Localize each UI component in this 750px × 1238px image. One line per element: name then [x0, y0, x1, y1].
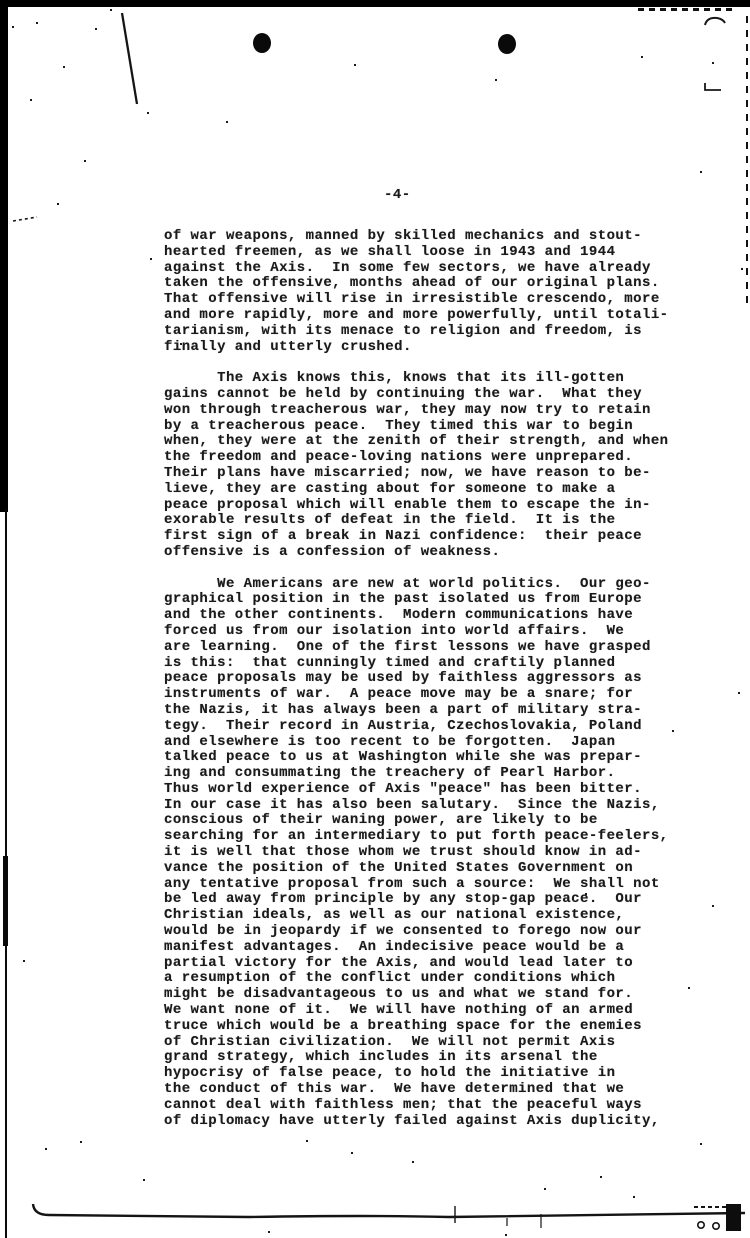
paragraph-war-production: of war weapons, manned by skilled mechan… — [164, 229, 679, 355]
page-number: -4- — [384, 187, 411, 203]
left-margin-dash-mark — [13, 217, 37, 221]
pen-stroke-mark — [122, 13, 137, 104]
paragraph-americans-world-politics: We Americans are new at world politics. … — [164, 577, 679, 1130]
bottom-ring-mark-1 — [698, 1222, 704, 1228]
hole-punch-left — [253, 33, 271, 53]
bottom-ring-mark-2 — [713, 1223, 719, 1229]
scanned-document-page: -4- of war weapons, manned by skilled me… — [0, 0, 750, 1238]
corner-crease-mark — [705, 18, 725, 25]
paragraph-axis-peace-offensive: The Axis knows this, knows that its ill-… — [164, 371, 679, 561]
typewritten-body: of war weapons, manned by skilled mechan… — [164, 229, 679, 1129]
bottom-paper-edge-line — [33, 1204, 745, 1217]
margin-smudge-mark — [705, 83, 721, 90]
scan-noise-specks — [0, 0, 2, 2]
bottom-right-ink-blob — [726, 1204, 741, 1231]
hole-punch-right — [498, 34, 516, 54]
